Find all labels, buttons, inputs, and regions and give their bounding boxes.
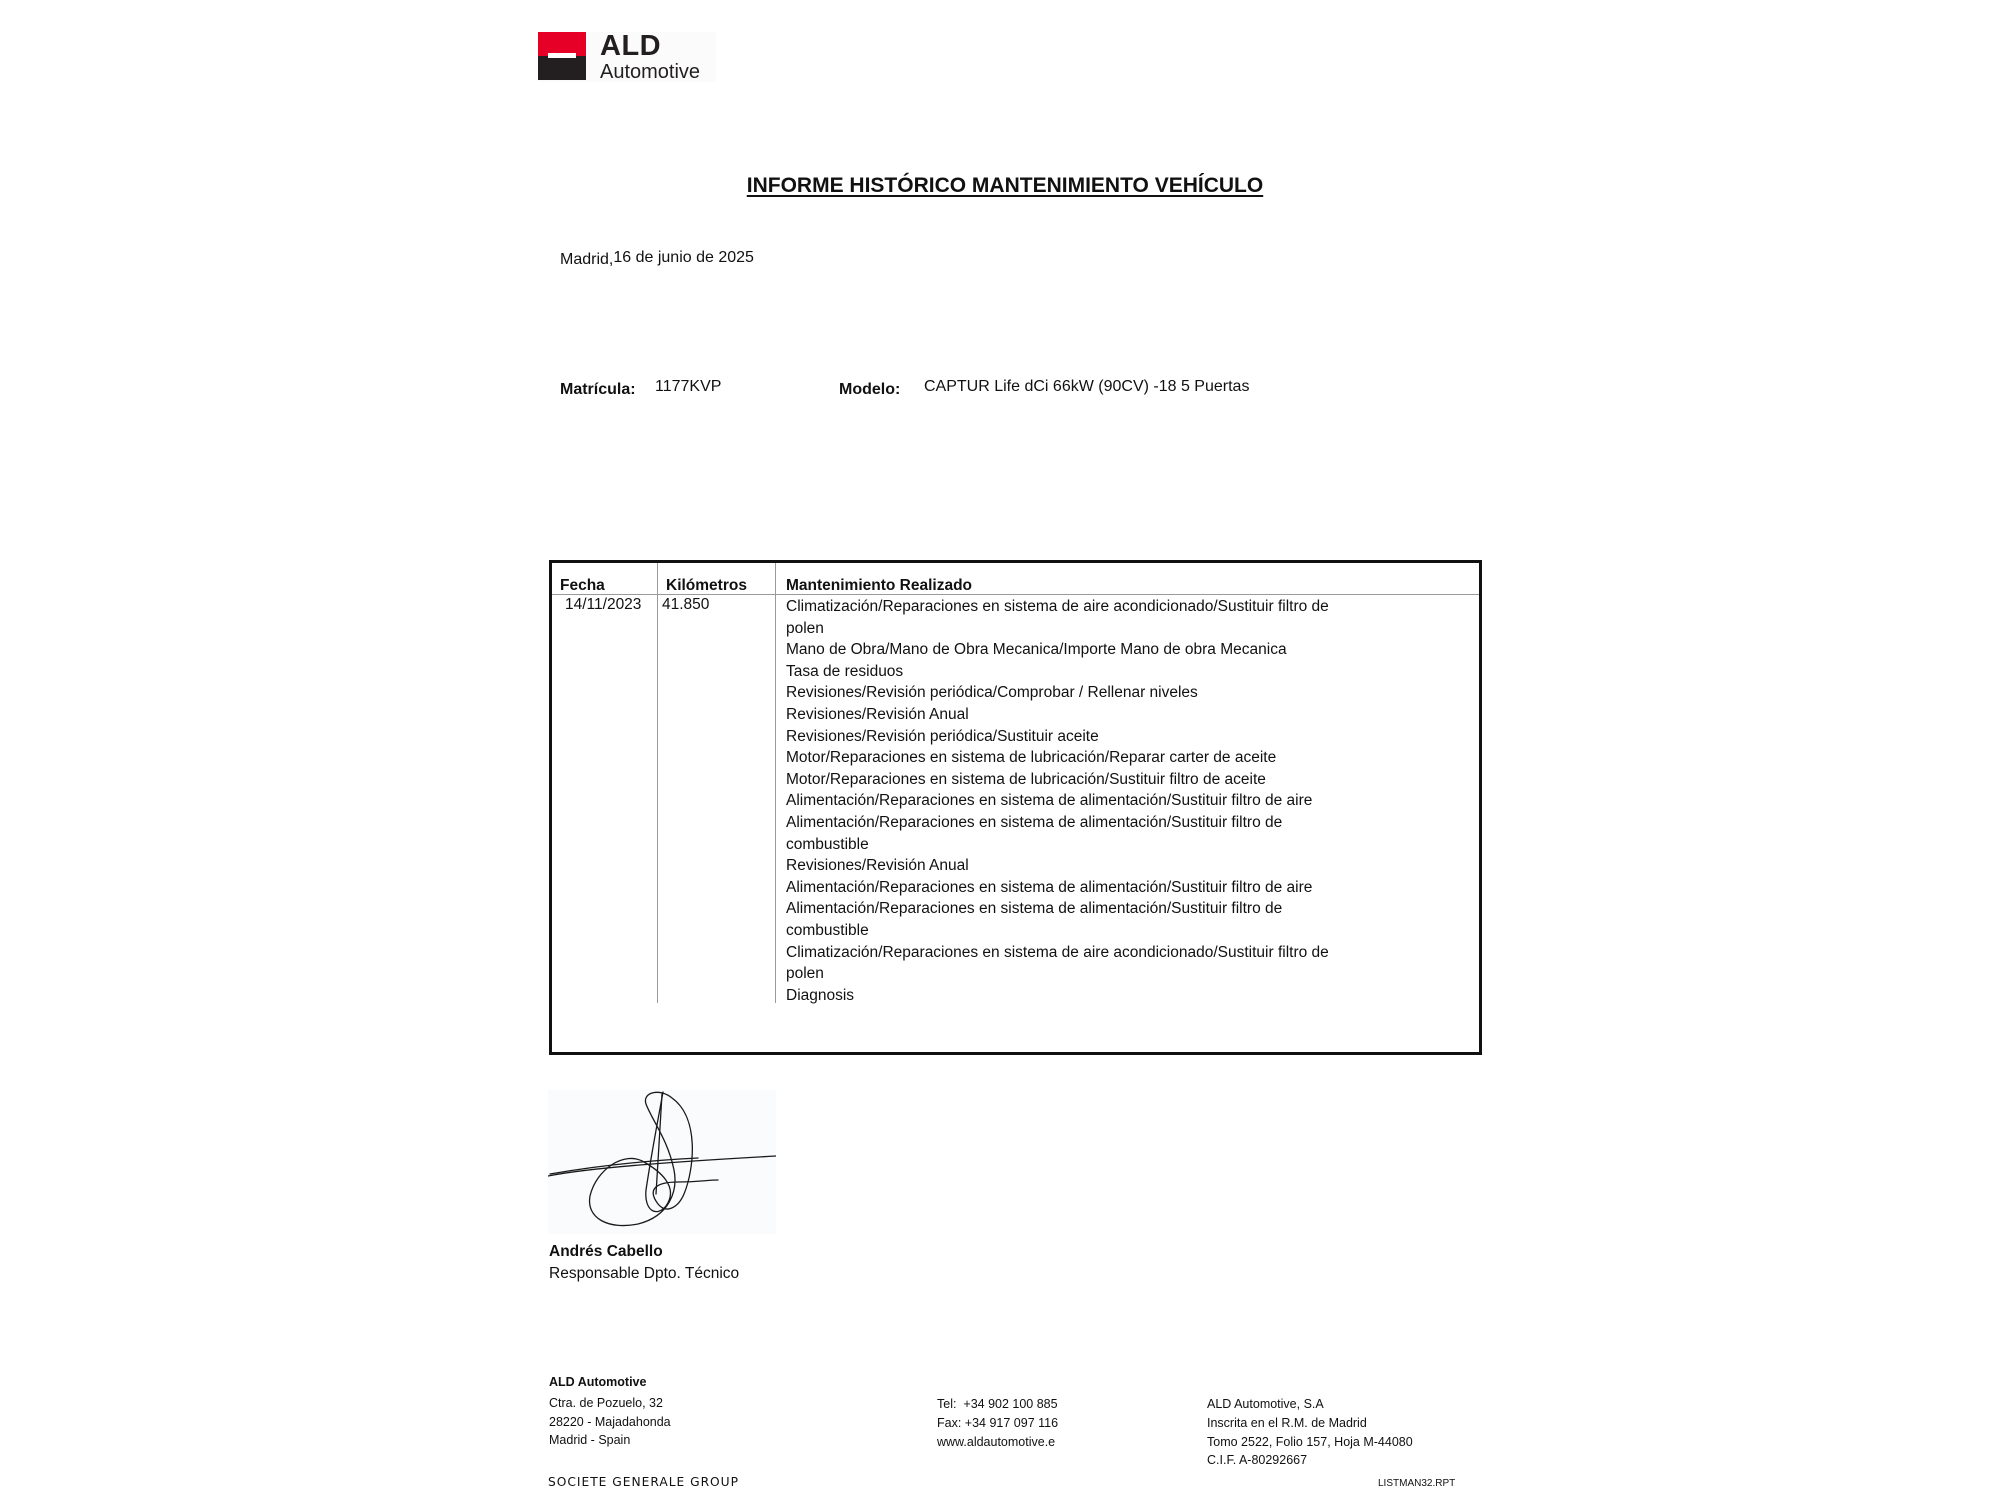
document-city: Madrid, bbox=[560, 251, 613, 268]
maintenance-item: Revisiones/Revisión periódica/Sustituir … bbox=[786, 726, 1366, 748]
footer-company-title: ALD Automotive bbox=[549, 1373, 671, 1392]
footer-registry-line: Inscrita en el R.M. de Madrid bbox=[1207, 1414, 1413, 1433]
maintenance-item: Alimentación/Reparaciones en sistema de … bbox=[786, 877, 1366, 899]
document-date: 16 de junio de 2025 bbox=[613, 249, 754, 266]
model-value: CAPTUR Life dCi 66kW (90CV) -18 5 Puerta… bbox=[924, 378, 1249, 396]
header-divider bbox=[552, 594, 1479, 595]
signer-role: Responsable Dpto. Técnico bbox=[549, 1265, 739, 1283]
maintenance-item: Alimentación/Reparaciones en sistema de … bbox=[786, 812, 1366, 855]
societe-generale-mark-icon bbox=[538, 32, 586, 80]
column-header-maintenance: Mantenimiento Realizado bbox=[786, 577, 972, 595]
signature-image bbox=[548, 1090, 776, 1234]
maintenance-item: Climatización/Reparaciones en sistema de… bbox=[786, 942, 1366, 985]
ald-automotive-logo: ALD Automotive bbox=[538, 32, 716, 82]
column-divider bbox=[657, 563, 658, 1003]
maintenance-item: Revisiones/Revisión Anual bbox=[786, 704, 1366, 726]
maintenance-item: Revisiones/Revisión Anual bbox=[786, 855, 1366, 877]
logo-brand-ald: ALD bbox=[600, 30, 661, 63]
footer-registry-block: ALD Automotive, S.A Inscrita en el R.M. … bbox=[1207, 1395, 1413, 1470]
logo-brand-automotive: Automotive bbox=[600, 61, 700, 84]
row-km: 41.850 bbox=[662, 596, 709, 614]
maintenance-item: Motor/Reparaciones en sistema de lubrica… bbox=[786, 747, 1366, 769]
footer-website-link[interactable]: www.aldautomotive.e bbox=[937, 1433, 1058, 1452]
column-divider bbox=[775, 563, 776, 1003]
maintenance-item: Alimentación/Reparaciones en sistema de … bbox=[786, 790, 1366, 812]
footer-phone: Tel: +34 902 100 885 bbox=[937, 1395, 1058, 1414]
footer-address-line: 28220 - Majadahonda bbox=[549, 1413, 671, 1432]
row-maintenance-list: Climatización/Reparaciones en sistema de… bbox=[786, 596, 1366, 1006]
document-title: INFORME HISTÓRICO MANTENIMIENTO VEHÍCULO bbox=[0, 174, 2000, 198]
maintenance-item: Alimentación/Reparaciones en sistema de … bbox=[786, 898, 1366, 941]
maintenance-item: Mano de Obra/Mano de Obra Mecanica/Impor… bbox=[786, 639, 1366, 661]
footer-address-line: Ctra. de Pozuelo, 32 bbox=[549, 1394, 671, 1413]
footer-fax: Fax: +34 917 097 116 bbox=[937, 1414, 1058, 1433]
signer-name: Andrés Cabello bbox=[549, 1243, 663, 1261]
signature-scribble-icon bbox=[548, 1090, 776, 1234]
maintenance-item: Motor/Reparaciones en sistema de lubrica… bbox=[786, 769, 1366, 791]
report-code: LISTMAN32.RPT bbox=[1378, 1478, 1455, 1489]
societe-generale-group-label: SOCIETE GENERALE GROUP bbox=[548, 1474, 739, 1489]
document-date-line: Madrid,16 de junio de 2025 bbox=[560, 249, 754, 267]
plate-label: Matrícula: bbox=[560, 381, 636, 399]
plate-value: 1177KVP bbox=[655, 378, 721, 396]
row-date: 14/11/2023 bbox=[565, 596, 641, 614]
column-header-km: Kilómetros bbox=[666, 577, 747, 595]
maintenance-table: Fecha Kilómetros Mantenimiento Realizado… bbox=[549, 560, 1482, 1055]
maintenance-item: Diagnosis bbox=[786, 985, 1366, 1007]
model-label: Modelo: bbox=[839, 381, 900, 399]
maintenance-item: Tasa de residuos bbox=[786, 661, 1366, 683]
footer-contact-block: Tel: +34 902 100 885 Fax: +34 917 097 11… bbox=[937, 1395, 1058, 1451]
column-header-date: Fecha bbox=[560, 577, 605, 595]
footer-registry-line: ALD Automotive, S.A bbox=[1207, 1395, 1413, 1414]
footer-registry-line: C.I.F. A-80292667 bbox=[1207, 1451, 1413, 1470]
footer-registry-line: Tomo 2522, Folio 157, Hoja M-44080 bbox=[1207, 1433, 1413, 1452]
maintenance-item: Climatización/Reparaciones en sistema de… bbox=[786, 596, 1366, 639]
maintenance-item: Revisiones/Revisión periódica/Comprobar … bbox=[786, 682, 1366, 704]
footer-address-block: ALD Automotive Ctra. de Pozuelo, 32 2822… bbox=[549, 1373, 671, 1450]
footer-address-line: Madrid - Spain bbox=[549, 1431, 671, 1450]
